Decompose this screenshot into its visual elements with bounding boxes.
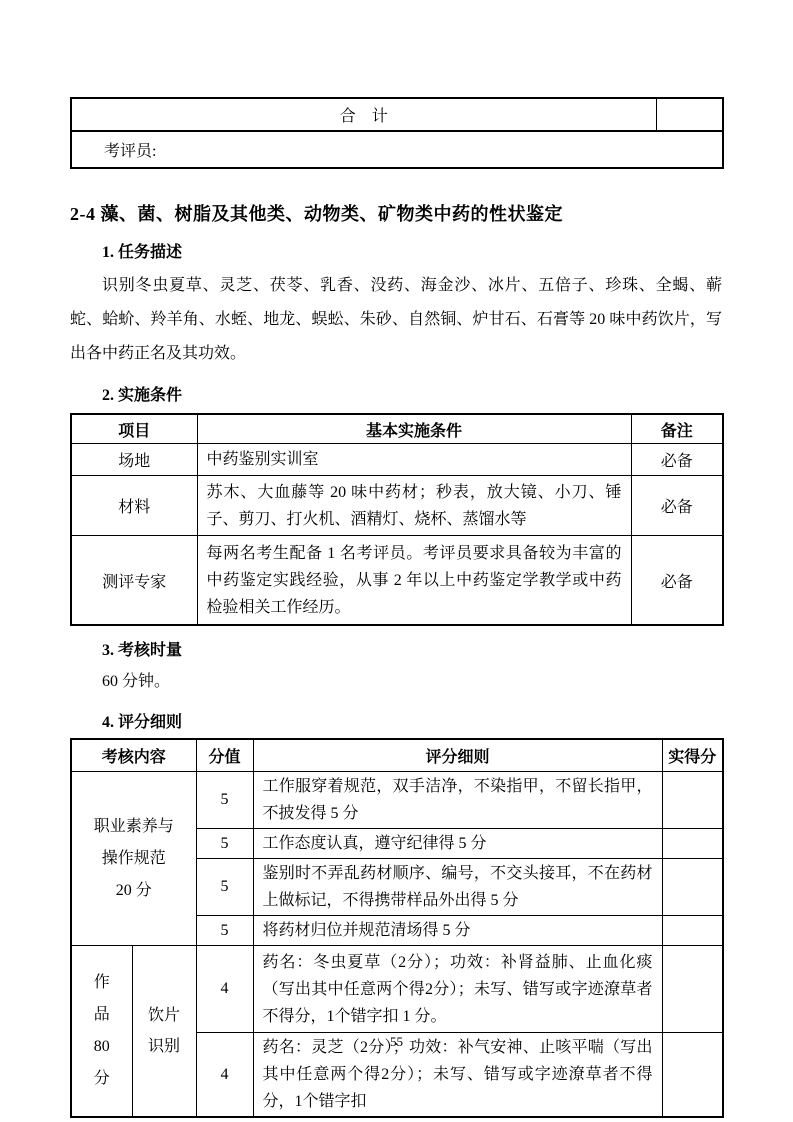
note-cell: 必备 — [631, 536, 723, 626]
total-label-cell: 合 计 — [71, 98, 656, 131]
points-cell: 5 — [196, 829, 253, 859]
subgroup-label-slice-identification: 饮片 识别 — [132, 946, 196, 1118]
col-header-item: 项目 — [71, 414, 197, 444]
obtained-score-empty-cell — [662, 916, 723, 946]
total-score-empty-cell — [656, 98, 723, 131]
obtained-score-empty-cell — [662, 859, 723, 916]
conditions-table: 项目 基本实施条件 备注 场地 中药鉴别实训室 必备 材料 苏木、大血藤等 20… — [70, 413, 724, 626]
group-label-works: 作 品 80 分 — [71, 946, 132, 1118]
summary-total-row: 合 计 — [71, 98, 723, 131]
page-title: 2-4 藻、菌、树脂及其他类、动物类、矿物类中药的性状鉴定 — [70, 201, 793, 228]
points-cell: 5 — [196, 916, 253, 946]
section-title-duration: 3. 考核时量 — [102, 636, 793, 665]
scoring-table: 考核内容 分值 评分细则 实得分 职业素养与 操作规范 20 分 5 工作服穿着… — [70, 738, 724, 1118]
note-cell: 必备 — [631, 476, 723, 536]
col-header-note: 备注 — [631, 414, 723, 444]
table-row-site: 场地 中药鉴别实训室 必备 — [71, 444, 723, 476]
item-cell: 场地 — [71, 444, 197, 476]
table-row-rule1: 职业素养与 操作规范 20 分 5 工作服穿着规范，双手洁净，不染指甲，不留长指… — [71, 772, 723, 829]
note-cell: 必备 — [631, 444, 723, 476]
points-cell: 5 — [196, 859, 253, 916]
col-header-points: 分值 — [196, 739, 253, 772]
points-cell: 5 — [196, 772, 253, 829]
table-row-herb1: 作 品 80 分 饮片 识别 4 药名：冬虫夏草（2分）；功效：补肾益肺、止血化… — [71, 946, 723, 1033]
duration-text: 60 分钟。 — [102, 665, 793, 698]
section-title-scoring: 4. 评分细则 — [102, 708, 793, 737]
examiner-label-cell: 考评员: — [71, 131, 723, 168]
table-row-experts: 测评专家 每两名考生配备 1 名考评员。考评员要求具备较为丰富的中药鉴定实践经验… — [71, 536, 723, 626]
condition-cell: 每两名考生配备 1 名考评员。考评员要求具备较为丰富的中药鉴定实践经验，从事 2… — [197, 536, 631, 626]
col-header-obtained: 实得分 — [662, 739, 723, 772]
item-cell: 测评专家 — [71, 536, 197, 626]
obtained-score-empty-cell — [662, 946, 723, 1033]
summary-examiner-row: 考评员: — [71, 131, 723, 168]
scoring-header-row: 考核内容 分值 评分细则 实得分 — [71, 739, 723, 772]
rule-detail-cell: 工作态度认真，遵守纪律得 5 分 — [253, 829, 662, 859]
obtained-score-empty-cell — [662, 772, 723, 829]
col-header-condition: 基本实施条件 — [197, 414, 631, 444]
table-row-materials: 材料 苏木、大血藤等 20 味中药材；秒表，放大镜、小刀、锤子、剪刀、打火机、酒… — [71, 476, 723, 536]
col-header-content: 考核内容 — [71, 739, 196, 772]
task-description-paragraph: 识别冬虫夏草、灵芝、茯苓、乳香、没药、海金沙、冰片、五倍子、珍珠、全蝎、蕲蛇、蛤… — [70, 269, 722, 371]
rule-detail-cell: 药名：冬虫夏草（2分）；功效：补肾益肺、止血化痰（写出其中任意两个得2分）；未写… — [253, 946, 662, 1033]
points-cell: 4 — [196, 946, 253, 1033]
section-title-conditions: 2. 实施条件 — [102, 381, 793, 410]
rule-detail-cell: 工作服穿着规范，双手洁净，不染指甲，不留长指甲，不披发得 5 分 — [253, 772, 662, 829]
summary-table: 合 计 考评员: — [70, 97, 724, 169]
col-header-rules: 评分细则 — [253, 739, 662, 772]
rule-detail-cell: 鉴别时不弄乱药材顺序、编号，不交头接耳，不在药材上做标记，不得携带样品外出得 5… — [253, 859, 662, 916]
section-title-task: 1. 任务描述 — [102, 238, 793, 267]
obtained-score-empty-cell — [662, 829, 723, 859]
group-label-professionalism: 职业素养与 操作规范 20 分 — [71, 772, 196, 946]
conditions-header-row: 项目 基本实施条件 备注 — [71, 414, 723, 444]
document-page: 合 计 考评员: 2-4 藻、菌、树脂及其他类、动物类、矿物类中药的性状鉴定 1… — [0, 0, 793, 1122]
condition-cell: 苏木、大血藤等 20 味中药材；秒表，放大镜、小刀、锤子、剪刀、打火机、酒精灯、… — [197, 476, 631, 536]
page-number: 55 — [0, 1034, 793, 1050]
rule-detail-cell: 将药材归位并规范清场得 5 分 — [253, 916, 662, 946]
item-cell: 材料 — [71, 476, 197, 536]
condition-cell: 中药鉴别实训室 — [197, 444, 631, 476]
